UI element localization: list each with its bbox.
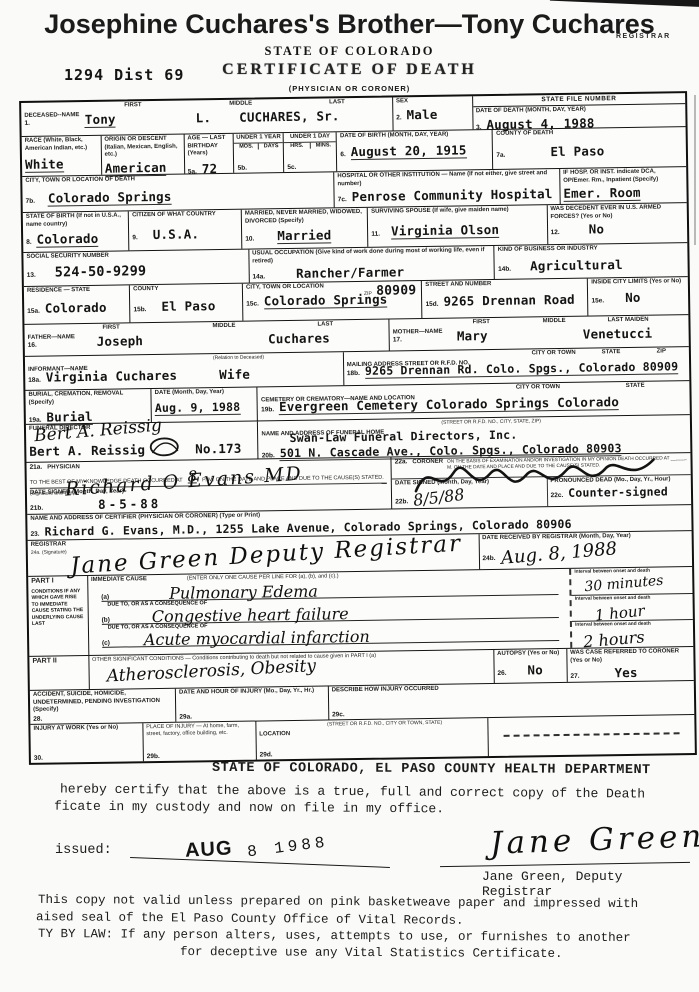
field-number: 13. xyxy=(27,271,36,278)
disposition-date-label: DATE (Month, Day, Year) xyxy=(155,389,254,398)
field-manner-of-death: ACCIDENT, SUICIDE, HOMICIDE, UNDETERMINE… xyxy=(30,689,177,724)
marital-value: Married xyxy=(277,227,331,244)
spouse-value: Virginia Olson xyxy=(391,221,499,239)
funeral-director-license: No.173 xyxy=(195,441,242,457)
field-date-of-death: STATE FILE NUMBER DATE OF DEATH (MONTH, … xyxy=(473,93,686,129)
mother-first: Mary xyxy=(457,328,488,343)
location-street-note: (STREET OR R.F.D. NO., CITY OR TOWN, STA… xyxy=(327,720,442,728)
mother-maiden: Venetucci xyxy=(583,326,653,342)
field-sex: SEX 2. Male xyxy=(393,96,473,130)
letter-b: (b) xyxy=(102,616,110,623)
field-father-name: FATHER—NAME FIRST MIDDLE LAST 16. Joseph… xyxy=(24,320,390,356)
scanned-death-certificate: Josephine Cuchares's Brother—Tony Cuchar… xyxy=(0,0,699,992)
field-number: 10. xyxy=(245,236,254,243)
field-mailing-address: MAILING ADDRESS STREET OR R.F.D. NO. CIT… xyxy=(344,347,690,385)
county-of-death-value: El Paso xyxy=(550,143,604,159)
field-funeral-director: FUNERAL DIRECTOR Bert A. Reissig Bert A.… xyxy=(26,421,259,461)
field-marital-status: MARRIED, NEVER MARRIED, WIDOWED, DIVORCE… xyxy=(242,208,369,249)
residence-county-label: COUNTY xyxy=(133,285,239,294)
field-origin: ORIGIN OR DESCENT (Italian, Mexican, Eng… xyxy=(101,135,185,175)
field-injury-at-work: INJURY AT WORK (Yes or No) 30. xyxy=(30,723,143,763)
age-label: AGE — LAST BIRTHDAY (Years) xyxy=(187,135,230,158)
legal-line-1: This copy not valid unless prepared on p… xyxy=(38,893,638,911)
relation-label: (Relation to Deceased) xyxy=(213,354,264,361)
cause-lines: IMMEDIATE CAUSE (ENTER ONLY ONE CAUSE PE… xyxy=(88,569,571,655)
field-number: 30. xyxy=(34,755,43,762)
field-autopsy: AUTOPSY (Yes or No) 26. No xyxy=(494,649,568,683)
mos-header: MOS. xyxy=(234,143,259,149)
field-occupation: USUAL OCCUPATION (Give kind of work done… xyxy=(249,246,495,283)
interval-c: Interval between onset and death 2 hours xyxy=(572,620,693,648)
hospital-type-label: IF HOSP. OR INST. indicate DCA, OP/Emer.… xyxy=(563,168,683,185)
first-header: FIRST xyxy=(102,325,119,333)
field-number: 5c. xyxy=(287,164,296,171)
hrs-header: HRS. xyxy=(284,142,311,148)
ssn-value: 524-50-9299 xyxy=(55,263,147,280)
field-number: 16. xyxy=(28,342,37,349)
field-number: 15d. xyxy=(425,300,438,307)
inside-city-label: INSIDE CITY LIMITS (Yes or No) xyxy=(591,278,685,287)
field-number: 9. xyxy=(132,234,138,241)
field-state-of-birth: STATE OF BIRTH (If not in U.S.A., name c… xyxy=(23,211,130,252)
field-number: 11. xyxy=(371,230,380,237)
field-under-1-year: UNDER 1 YEAR MOS.DAYS 5b. xyxy=(234,133,284,173)
physician-date-value: 8-5-88 xyxy=(98,496,161,512)
field-number: 15c. xyxy=(246,300,259,307)
field-number: 18a. xyxy=(28,377,41,384)
stamp-day-year: 8 1988 xyxy=(246,833,329,861)
field-inside-city-limits: INSIDE CITY LIMITS (Yes or No) 15e. No xyxy=(588,277,688,315)
field-cemetery: CEMETERY OR CREMATORY—NAME AND LOCATION … xyxy=(258,381,690,420)
field-number: 1. xyxy=(24,120,30,127)
hospital-value: Penrose Community Hospital xyxy=(352,186,553,204)
under-1-day-label: UNDER 1 DAY xyxy=(284,133,336,141)
field-date-of-birth: DATE OF BIRTH (MONTH, DAY, YEAR) 6. Augu… xyxy=(337,130,494,171)
citizen-value: U.S.A. xyxy=(153,226,200,242)
last-header: LAST xyxy=(329,99,345,107)
field-number: 27. xyxy=(570,673,579,680)
field-number: 21a. xyxy=(29,464,42,471)
field-number: 14a. xyxy=(252,273,265,280)
city-header: CITY OR TOWN xyxy=(516,384,560,392)
legal-line-2: aised seal of the El Paso County Office … xyxy=(36,910,464,928)
field-number: 18b. xyxy=(347,370,360,377)
field-number: 15b. xyxy=(133,306,146,313)
field-number: 29c. xyxy=(332,711,345,718)
residence-street-value: 9265 Drennan Road xyxy=(443,291,575,308)
field-number: 2. xyxy=(396,114,402,121)
footer-signature-typed: Jane Green, Deputy Registrar xyxy=(482,869,699,899)
origin-value: American xyxy=(105,159,167,176)
ssn-label: SOCIAL SECURITY NUMBER xyxy=(26,251,245,262)
under-1-year-label: UNDER 1 YEAR xyxy=(234,134,283,142)
certify-line-2: ficate in my custody and now on file in … xyxy=(54,799,444,817)
footer-signature-line xyxy=(440,862,690,867)
disposition-label: BURIAL, CREMATION, REMOVAL (Specify) xyxy=(28,390,147,407)
field-hospital: HOSPITAL OR OTHER INSTITUTION — Name (If… xyxy=(334,169,560,207)
father-last: Cuchares xyxy=(268,330,330,346)
field-city-of-death: CITY, TOWN OR LOCATION OF DEATH 7b. Colo… xyxy=(22,172,335,212)
annotation-title: Josephine Cuchares's Brother—Tony Cuchar… xyxy=(0,9,699,40)
field-number: 24b. xyxy=(482,554,495,561)
scan-artifact-streak xyxy=(550,0,699,7)
city-header: CITY OR TOWN xyxy=(532,350,576,358)
interval-column: Interval between onset and death 30 minu… xyxy=(569,567,693,648)
referred-value: Yes xyxy=(614,665,637,680)
cause-a-value: Pulmonary Edema xyxy=(169,583,318,601)
field-surviving-spouse: SURVIVING SPOUSE (If wife, give maiden n… xyxy=(368,205,548,247)
manner-label: ACCIDENT, SUICIDE, HOMICIDE, UNDETERMINE… xyxy=(33,690,172,715)
field-number: 15a. xyxy=(27,307,40,314)
field-county-of-death: COUNTY OF DEATH 7a. El Paso xyxy=(493,127,686,169)
autopsy-label: AUTOPSY (Yes or No) xyxy=(497,650,563,658)
industry-value: Agricultural xyxy=(530,257,623,273)
legal-line-3: TY BY LAW: If any person alters, uses, a… xyxy=(38,927,631,945)
field-industry: KIND OF BUSINESS OR INDUSTRY 14b. Agricu… xyxy=(495,243,688,279)
physician-label: PHYSICIAN xyxy=(47,464,80,472)
occupation-value: Rancher/Farmer xyxy=(296,264,404,281)
field-armed-forces: WAS DECEDENT EVER IN U.S. ARMED FORCES? … xyxy=(547,203,687,244)
field-number: 8. xyxy=(26,239,32,246)
field-under-1-day: UNDER 1 DAY HRS.MINS. 5c. xyxy=(284,132,338,172)
cause-c-value: Acute myocardial infarction xyxy=(144,628,370,647)
field-number: 6. xyxy=(340,151,346,158)
state-of-birth-value: Colorado xyxy=(36,231,98,248)
field-number: 19a. xyxy=(29,417,42,424)
hospital-type-value: Emer. Room xyxy=(563,185,640,202)
sex-value: Male xyxy=(406,106,437,121)
scan-artifact-edge xyxy=(694,95,696,245)
residence-state-value: Colorado xyxy=(45,299,107,315)
heading-state: STATE OF COLORADO xyxy=(0,44,699,59)
first-header: FIRST xyxy=(473,319,490,327)
health-department-line: STATE OF COLORADO, EL PASO COUNTY HEALTH… xyxy=(212,761,651,778)
field-number: 7c. xyxy=(338,196,347,203)
field-number: 29b. xyxy=(147,753,160,760)
field-number: 5b. xyxy=(238,165,248,172)
citizen-label: CITIZEN OF WHAT COUNTRY xyxy=(132,211,238,220)
row-cause-of-death: PART I CONDITIONS IF ANY WHICH GAVE RISE… xyxy=(28,567,693,657)
field-injury-date: DATE AND HOUR OF INJURY (Mo., Day, Yr., … xyxy=(176,686,329,721)
field-number: 29a. xyxy=(179,713,192,720)
autopsy-value: No xyxy=(527,662,543,677)
middle-header: MIDDLE xyxy=(212,323,235,331)
sex-label: SEX xyxy=(396,97,469,106)
field-number: 7b. xyxy=(26,197,36,204)
part2-label: PART II xyxy=(32,657,85,667)
cause-side-label: CONDITIONS IF ANY WHICH GAVE RISE TO IMM… xyxy=(31,588,84,628)
issued-label: issued: xyxy=(55,843,112,858)
field-residence-city: CITY, TOWN OR LOCATION ZIP 80909 15c. Co… xyxy=(243,281,423,321)
deceased-last: CUCHARES, Sr. xyxy=(239,108,340,124)
registrar-corner-label: REGISTRAR xyxy=(616,33,671,40)
field-deceased-name: DECEASED--NAME FIRST MIDDLE LAST 1. Tony… xyxy=(21,97,393,136)
field-number: 7a. xyxy=(496,151,505,158)
field-residence-state: RESIDENCE — STATE 15a. Colorado xyxy=(24,285,131,324)
field-registrar-signature: REGISTRAR 24a. (Signature) Jane Green De… xyxy=(28,534,480,576)
informant-label: INFORMANT—NAME xyxy=(28,366,88,373)
mins-header: MINS. xyxy=(311,142,337,148)
field-citizen: CITIZEN OF WHAT COUNTRY 9. U.S.A. xyxy=(129,210,242,251)
last-header: LAST xyxy=(317,321,333,329)
field-physician: 21a. PHYSICIAN TO THE BEST OF MY KNOWLED… xyxy=(26,458,392,514)
dob-value: August 20, 1915 xyxy=(351,142,467,160)
field-referred-to-coroner: WAS CASE REFERRED TO CORONER (Yes or No)… xyxy=(567,647,694,682)
coroner-signature-scrawl xyxy=(410,450,661,500)
field-other-conditions: OTHER SIGNIFICANT CONDITIONS — Condition… xyxy=(89,650,494,689)
deceased-middle: L. xyxy=(196,110,212,125)
origin-label: ORIGIN OR DESCENT (Italian, Mexican, Eng… xyxy=(104,136,180,160)
field-number: 12. xyxy=(551,229,560,236)
days-header: DAYS xyxy=(259,143,283,149)
field-number: 22a. xyxy=(395,458,408,465)
residence-zip-value: 80909 xyxy=(376,283,416,299)
district-number: 1294 Dist 69 xyxy=(64,66,184,84)
funeral-home-street-note: (STREET OR R.F.D. NO., CITY, STATE, ZIP) xyxy=(441,418,541,426)
marital-label: MARRIED, NEVER MARRIED, WIDOWED, DIVORCE… xyxy=(245,209,364,226)
field-number: 14b. xyxy=(498,265,511,272)
death-certificate-form: DECEASED--NAME FIRST MIDDLE LAST 1. Tony… xyxy=(19,91,697,765)
footer-signature-hand: Jane Green xyxy=(489,818,699,861)
first-header: FIRST xyxy=(124,102,141,110)
dashed-line xyxy=(504,732,680,737)
state-of-birth-label: STATE OF BIRTH (If not in U.S.A., name c… xyxy=(26,212,125,228)
field-coroner: 22a. CORONER ON THE BASIS OF EXAMINATION… xyxy=(392,453,692,508)
part2-rail: PART II xyxy=(29,656,89,690)
last-maiden-header: LAST MAIDEN xyxy=(608,317,649,325)
father-first: Joseph xyxy=(97,333,144,349)
armed-forces-label: WAS DECEDENT EVER IN U.S. ARMED FORCES? … xyxy=(550,204,684,221)
county-of-death-label: COUNTY OF DEATH xyxy=(496,128,683,138)
field-number: 19b. xyxy=(261,406,274,413)
legal-line-4: for deceptive use any Vital Statistics C… xyxy=(180,945,563,961)
signature-flourish-scrawl xyxy=(147,435,181,458)
stamp-month: AUG xyxy=(184,837,233,861)
race-value: White xyxy=(25,156,64,173)
middle-header: MIDDLE xyxy=(543,318,566,326)
field-disposition-date: DATE (Month, Day, Year) Aug. 9, 1988 xyxy=(152,387,259,422)
interval-b: Interval between onset and death 1 hour xyxy=(572,594,693,622)
injury-place-label: PLACE OF INJURY — At home, farm, street,… xyxy=(146,723,252,738)
field-injury-location: LOCATION (STREET OR R.F.D. NO., CITY OR … xyxy=(256,718,489,759)
city-of-death-value: Colorado Springs xyxy=(48,188,172,206)
middle-header: MIDDLE xyxy=(229,101,252,109)
father-label: FATHER—NAME xyxy=(28,334,75,341)
field-number: 22b. xyxy=(395,498,408,505)
armed-forces-value: No xyxy=(589,221,605,236)
field-ssn: SOCIAL SECURITY NUMBER 13. 524-50-9299 xyxy=(23,250,249,286)
field-number: 17. xyxy=(393,336,402,343)
zip-label: ZIP xyxy=(364,291,372,297)
state-header: STATE xyxy=(602,349,621,357)
residence-county-value: El Paso xyxy=(161,298,215,314)
race-label: RACE (White, Black, American Indian, etc… xyxy=(25,137,98,153)
state-header: STATE xyxy=(626,383,645,391)
referred-label: WAS CASE REFERRED TO CORONER (Yes or No) xyxy=(570,648,690,665)
field-hospital-type: IF HOSP. OR INST. indicate DCA, OP/Emer.… xyxy=(560,167,687,204)
cause-left-rail: PART I CONDITIONS IF ANY WHICH GAVE RISE… xyxy=(28,576,89,656)
zip-header: ZIP xyxy=(657,348,666,356)
field-mother-name: MOTHER—NAME FIRST MIDDLE LAST MAIDEN 17.… xyxy=(390,315,689,350)
disposition-date-value: Aug. 9, 1988 xyxy=(155,399,241,415)
informant-relation: Wife xyxy=(219,367,250,382)
deceased-label: DECEASED--NAME xyxy=(24,112,79,119)
field-number: 23. xyxy=(30,530,39,537)
field-number: 29d. xyxy=(260,751,273,758)
location-label: LOCATION xyxy=(259,731,290,737)
field-number: 26. xyxy=(497,669,506,676)
cause-b-value: Congestive heart failure xyxy=(152,606,349,625)
field-number: 15e. xyxy=(591,297,604,304)
field-place-of-injury: PLACE OF INJURY — At home, farm, street,… xyxy=(143,722,256,762)
industry-label: KIND OF BUSINESS OR INDUSTRY xyxy=(498,244,685,254)
inside-city-value: No xyxy=(625,289,641,304)
dob-label: DATE OF BIRTH (MONTH, DAY, YEAR) xyxy=(340,131,489,141)
residence-state-label: RESIDENCE — STATE xyxy=(27,286,126,295)
residence-street-label: STREET AND NUMBER xyxy=(425,280,584,290)
spouse-label: SURVIVING SPOUSE (If wife, give maiden n… xyxy=(371,206,543,216)
injury-blank-cell xyxy=(488,715,694,756)
mother-label: MOTHER—NAME xyxy=(393,329,443,336)
interval-a: Interval between onset and death 30 minu… xyxy=(571,567,692,595)
field-number: 28. xyxy=(33,716,42,723)
field-informant: INFORMANT—NAME (Relation to Deceased) 18… xyxy=(25,352,344,390)
field-residence-county: COUNTY 15b. El Paso xyxy=(130,284,243,323)
deceased-first: Tony xyxy=(85,112,116,128)
field-race: RACE (White, Black, American Indian, etc… xyxy=(22,136,102,176)
injury-work-label: INJURY AT WORK (Yes or No) xyxy=(33,724,139,733)
date-stamp: AUG 8 1988 xyxy=(184,832,329,862)
field-residence-street: STREET AND NUMBER 15d. 9265 Drennan Road xyxy=(422,279,589,318)
letter-a: (a) xyxy=(101,593,109,600)
field-number: 21b. xyxy=(30,505,43,512)
field-age: AGE — LAST BIRTHDAY (Years) 5a. 72 xyxy=(184,134,234,174)
field-injury-how: DESCRIBE HOW INJURY OCCURRED 29c. xyxy=(329,681,695,719)
injury-date-label: DATE AND HOUR OF INJURY (Mo., Day, Yr., … xyxy=(179,688,325,698)
letter-c: (c) xyxy=(102,639,110,646)
